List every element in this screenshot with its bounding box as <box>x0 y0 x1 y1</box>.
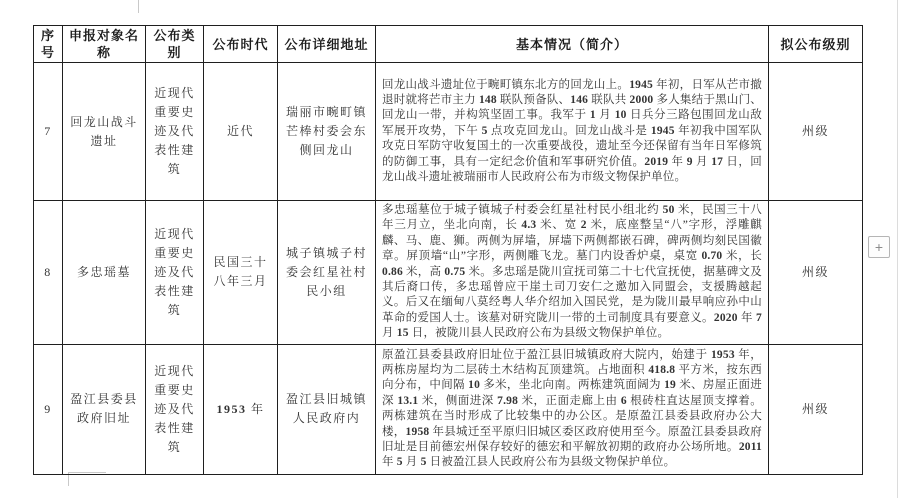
cell-no-row8[interactable]: 8 <box>34 201 63 345</box>
page-margin-mark-top-left <box>138 0 152 13</box>
header-name: 申报对象名称 <box>63 26 146 63</box>
table-row: 7 回龙山战斗遗址 近现代重要史迹及代表性建筑 近代 瑞丽市畹町镇芒棒村委会东侧… <box>34 63 863 201</box>
heritage-table: 序号 申报对象名称 公布类别 公布时代 公布详细地址 基本情况（简介） 拟公布级… <box>33 25 863 475</box>
table-header-row: 序号 申报对象名称 公布类别 公布时代 公布详细地址 基本情况（简介） 拟公布级… <box>34 26 863 63</box>
header-category: 公布类别 <box>146 26 204 63</box>
table-insert-plus-button[interactable]: + <box>868 236 890 258</box>
cell-address-row7[interactable]: 瑞丽市畹町镇芒棒村委会东侧回龙山 <box>278 63 376 201</box>
window-edge-line <box>897 0 898 498</box>
document-page: + 序号 申报对象名称 公布类别 公布时代 公布详细地址 基本情况（简介） 拟公… <box>0 0 900 498</box>
cell-address-row8[interactable]: 城子镇城子村委会红星社村民小组 <box>278 201 376 345</box>
cell-no-row7[interactable]: 7 <box>34 63 63 201</box>
header-era: 公布时代 <box>204 26 278 63</box>
cell-intro-row7[interactable]: 回龙山战斗遗址位于畹町镇东北方的回龙山上。1945 年初，日军从芒市撤退时就将芒… <box>376 63 769 201</box>
cell-name-row8[interactable]: 多忠瑶墓 <box>63 201 146 345</box>
header-intro: 基本情况（简介） <box>376 26 769 63</box>
table-row: 8 多忠瑶墓 近现代重要史迹及代表性建筑 民国三十八年三月 城子镇城子村委会红星… <box>34 201 863 345</box>
cell-level-row8[interactable]: 州级 <box>769 201 863 345</box>
cell-era-row9[interactable]: 1953 年 <box>204 344 278 474</box>
cell-category-row8[interactable]: 近现代重要史迹及代表性建筑 <box>146 201 204 345</box>
cell-name-row7[interactable]: 回龙山战斗遗址 <box>63 63 146 201</box>
cell-no-row9[interactable]: 9 <box>34 344 63 474</box>
cell-category-row7[interactable]: 近现代重要史迹及代表性建筑 <box>146 63 204 201</box>
cell-level-row7[interactable]: 州级 <box>769 63 863 201</box>
cell-address-row9[interactable]: 盈江县旧城镇人民政府内 <box>278 344 376 474</box>
cell-level-row9[interactable]: 州级 <box>769 344 863 474</box>
table-row: 9 盈江县委县政府旧址 近现代重要史迹及代表性建筑 1953 年 盈江县旧城镇人… <box>34 344 863 474</box>
cell-intro-row8[interactable]: 多忠瑶墓位于城子镇城子村委会红星社村民小组北约 50 米，民国三十八年三月立，坐… <box>376 201 769 345</box>
header-no: 序号 <box>34 26 63 63</box>
cell-category-row9[interactable]: 近现代重要史迹及代表性建筑 <box>146 344 204 474</box>
header-address: 公布详细地址 <box>278 26 376 63</box>
cell-intro-row9[interactable]: 原盈江县委县政府旧址位于盈江县旧城镇政府大院内，始建于 1953 年，两栋房屋均… <box>376 344 769 474</box>
cell-era-row8[interactable]: 民国三十八年三月 <box>204 201 278 345</box>
cell-era-row7[interactable]: 近代 <box>204 63 278 201</box>
header-level: 拟公布级别 <box>769 26 863 63</box>
cell-name-row9[interactable]: 盈江县委县政府旧址 <box>63 344 146 474</box>
